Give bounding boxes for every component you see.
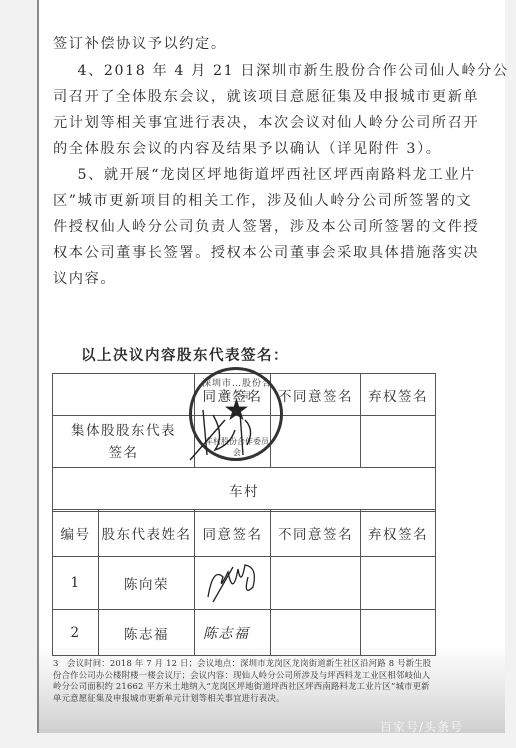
header-abstain: 弃权签名 (361, 374, 436, 416)
text-line: 区”城市更新项目的相关工作，涉及仙人岭分公司所签署的文 (53, 188, 438, 214)
text-line: 5、就开展“龙岗区坪地街道坪西社区坪西南路料龙工业片 (53, 162, 438, 188)
text-line: 签订补偿协议予以约定。 (53, 36, 227, 52)
text-line: 元计划等相关事宜进行表决，本次会议对仙人岭分公司所召开 (53, 110, 438, 136)
header-rep-name: 股东代表姓名 (99, 510, 195, 557)
handwritten-signature: 陈志福 (203, 626, 250, 642)
village-name: 车村 (53, 468, 436, 512)
footnote-text: 会议时间：2018 年 7 月 12 日；会议地点：深圳市龙岗区龙岗街道新生社区… (53, 658, 431, 703)
header-abstain: 弃权签名 (361, 510, 436, 557)
label-line: 签名 (53, 442, 194, 464)
abstain-signature-cell[interactable] (361, 610, 436, 656)
rep-name: 陈志福 (99, 610, 195, 656)
header-agree: 同意签名 (195, 374, 271, 416)
shareholder-signature-table: 编号 股东代表姓名 同意签名 不同意签名 弃权签名 1 陈向荣 2 陈志福 陈志… (52, 509, 436, 656)
abstain-signature-cell[interactable] (361, 557, 436, 610)
header-blank (53, 374, 195, 416)
header-agree: 同意签名 (195, 510, 271, 557)
row-number: 2 (53, 610, 99, 656)
agree-signature-cell[interactable]: 陈志福 (195, 610, 271, 656)
header-number: 编号 (53, 510, 99, 557)
table-row: 2 陈志福 陈志福 (53, 610, 436, 656)
header-disagree: 不同意签名 (271, 510, 361, 557)
disagree-signature-cell[interactable] (271, 610, 361, 656)
footnote: 3会议时间：2018 年 7 月 12 日；会议地点：深圳市龙岗区龙岗街道新生社… (53, 658, 438, 704)
rep-name: 陈向荣 (99, 557, 195, 610)
disagree-signature-cell[interactable] (271, 416, 361, 468)
signature-intro: 以上决议内容股东代表签名： (81, 344, 289, 365)
paragraph-continuation: 签订补偿协议予以约定。 (53, 31, 438, 57)
watermark: 百家号/头条号 (380, 718, 463, 735)
text-line: 权本公司董事长签署。授权本公司董事会采取具体措施落实决 (53, 240, 438, 266)
text-line: 4、2018 年 4 月 21 日深圳市新生股份合作公司仙人岭分公 (53, 58, 438, 84)
disagree-signature-cell[interactable] (271, 557, 361, 610)
text-line: 议内容。 (53, 266, 438, 292)
text-line: 件授权仙人岭分公司负责人签署，涉及本公司所签署的文件授 (53, 214, 438, 240)
row-number: 1 (53, 557, 99, 610)
table-row: 1 陈向荣 (53, 557, 436, 610)
agree-signature-cell[interactable] (195, 557, 271, 610)
paragraph-item-4: 4、2018 年 4 月 21 日深圳市新生股份合作公司仙人岭分公 司召开了全体… (53, 58, 438, 162)
paragraph-item-5: 5、就开展“龙岗区坪地街道坪西社区坪西南路料龙工业片 区”城市更新项目的相关工作… (53, 162, 438, 292)
agree-signature-cell[interactable] (195, 416, 271, 468)
collective-rep-label: 集体股股东代表 签名 (53, 416, 195, 468)
text-line: 的全体股东会议的内容及结果予以确认（详见附件 3）。 (53, 136, 438, 162)
handwritten-signature-icon (203, 557, 263, 605)
abstain-signature-cell[interactable] (361, 416, 436, 468)
label-line: 集体股股东代表 (53, 420, 194, 442)
footnote-number: 3 (53, 658, 67, 670)
header-disagree: 不同意签名 (271, 374, 361, 416)
text-line: 司召开了全体股东会议，就该项目意愿征集及申报城市更新单 (53, 84, 438, 110)
collective-signature-table: 同意签名 不同意签名 弃权签名 集体股股东代表 签名 车村 (52, 373, 436, 512)
page-margin (505, 0, 516, 748)
